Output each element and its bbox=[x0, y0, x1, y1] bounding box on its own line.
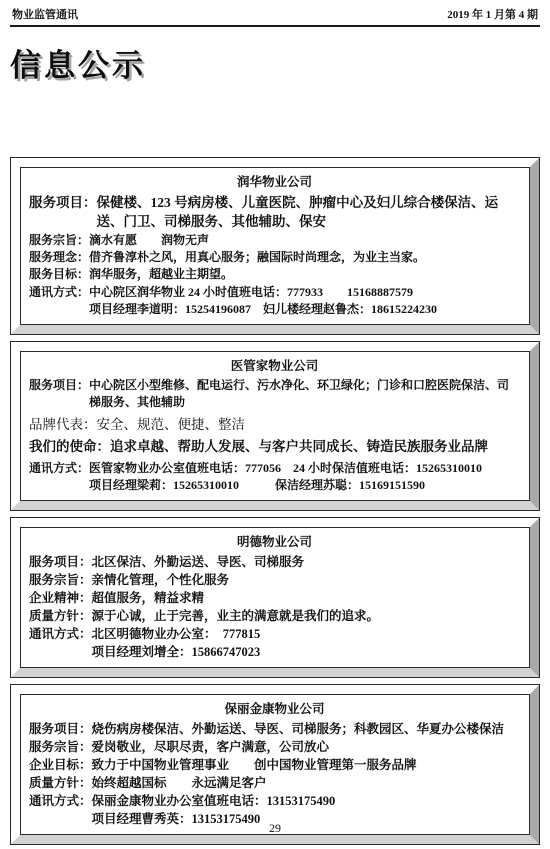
info-line: 通讯方式： 医管家物业办公室值班电话：777056 24 小时保洁值班电话：15… bbox=[29, 460, 520, 477]
company-card-mingde: 明德物业公司 服务项目： 北区保洁、外勤运送、导医、司梯服务 服务宗旨： 亲情化… bbox=[10, 517, 540, 678]
panel-bevel: 明德物业公司 服务项目： 北区保洁、外勤运送、导医、司梯服务 服务宗旨： 亲情化… bbox=[11, 518, 539, 677]
info-line: 服务宗旨： 滴水有愿 润物无声 bbox=[29, 232, 520, 249]
line-text: 保丽金康物业办公室值班电话：13153175490 bbox=[92, 792, 520, 810]
info-line: 通讯方式： 中心院区润华物业 24 小时值班电话：777933 15168887… bbox=[29, 284, 520, 301]
line-text: 项目经理李道明：15254196087 妇儿楼经理赵鲁杰：18615224230 bbox=[89, 301, 520, 318]
panel-content: 医管家物业公司 服务项目： 中心院区小型维修、配电运行、污水净化、环卫绿化；门诊… bbox=[20, 351, 530, 501]
line-text: 保健楼、123 号病房楼、儿童医院、肿瘤中心及妇儿综合楼保洁、运送、门卫、司梯服… bbox=[97, 193, 521, 232]
line-label: 服务宗旨： bbox=[29, 571, 92, 589]
company-card-runhua: 润华物业公司 服务项目： 保健楼、123 号病房楼、儿童医院、肿瘤中心及妇儿综合… bbox=[10, 157, 540, 335]
company-name: 保丽金康物业公司 bbox=[29, 699, 520, 717]
info-line: 服务宗旨： 爱岗敬业，尽职尽责，客户满意，公司放心 bbox=[29, 738, 520, 756]
line-label: 服务宗旨： bbox=[29, 738, 92, 756]
info-line: 服务项目： 烧伤病房楼保洁、外勤运送、导医、司梯服务；科教园区、华夏办公楼保洁 bbox=[29, 720, 520, 738]
line-label: 品牌代表： bbox=[29, 415, 97, 434]
info-line: 质量方针： 始终超越国标 永远满足客户 bbox=[29, 774, 520, 792]
panel-bevel: 医管家物业公司 服务项目： 中心院区小型维修、配电运行、污水净化、环卫绿化；门诊… bbox=[11, 342, 539, 510]
line-text: 亲情化管理，个性化服务 bbox=[92, 571, 520, 589]
panel-content: 明德物业公司 服务项目： 北区保洁、外勤运送、导医、司梯服务 服务宗旨： 亲情化… bbox=[20, 527, 530, 668]
line-label: 服务理念： bbox=[29, 249, 89, 266]
line-text: 医管家物业办公室值班电话：777056 24 小时保洁值班电话：15265310… bbox=[89, 460, 520, 477]
info-line: 通讯方式： 北区明德物业办公室： 777815 bbox=[29, 625, 520, 643]
info-line-continuation: 项目经理李道明：15254196087 妇儿楼经理赵鲁杰：18615224230 bbox=[29, 301, 520, 318]
info-line: 品牌代表： 安全、规范、便捷、整洁 bbox=[29, 415, 520, 434]
line-text: 烧伤病房楼保洁、外勤运送、导医、司梯服务；科教园区、华夏办公楼保洁 bbox=[92, 720, 520, 738]
info-line: 服务项目： 北区保洁、外勤运送、导医、司梯服务 bbox=[29, 553, 520, 571]
running-header: 物业监管通讯 2019 年 1 月第 4 期 bbox=[0, 0, 550, 22]
panel-content: 润华物业公司 服务项目： 保健楼、123 号病房楼、儿童医院、肿瘤中心及妇儿综合… bbox=[20, 167, 530, 325]
line-text: 源于心诚，止于完善，业主的满意就是我们的追求。 bbox=[92, 607, 520, 625]
info-line: 服务项目： 保健楼、123 号病房楼、儿童医院、肿瘤中心及妇儿综合楼保洁、运送、… bbox=[29, 193, 520, 232]
header-issue-date: 2019 年 1 月第 4 期 bbox=[447, 6, 538, 22]
line-label: 服务项目： bbox=[29, 720, 92, 738]
line-text: 中心院区润华物业 24 小时值班电话：777933 15168887579 bbox=[89, 284, 520, 301]
line-label: 服务宗旨： bbox=[29, 232, 89, 249]
info-line-continuation: 项目经理刘增全：15866747023 bbox=[29, 643, 520, 661]
line-text: 项目经理梁莉：15265310010 保洁经理苏聪：15169151590 bbox=[89, 477, 520, 494]
line-label: 服务项目： bbox=[29, 553, 92, 571]
line-label: 质量方针： bbox=[29, 774, 92, 792]
header-divider bbox=[10, 25, 540, 27]
info-line: 服务理念： 借齐鲁淳朴之风，用真心服务；融国际时尚理念，为业主当家。 bbox=[29, 249, 520, 266]
panel-bevel: 润华物业公司 服务项目： 保健楼、123 号病房楼、儿童医院、肿瘤中心及妇儿综合… bbox=[11, 158, 539, 334]
line-label: 我们的使命： bbox=[29, 437, 110, 456]
line-text: 始终超越国标 永远满足客户 bbox=[92, 774, 520, 792]
line-text: 借齐鲁淳朴之风，用真心服务；融国际时尚理念，为业主当家。 bbox=[89, 249, 520, 266]
line-label: 通讯方式： bbox=[29, 625, 92, 643]
line-text: 北区保洁、外勤运送、导医、司梯服务 bbox=[92, 553, 520, 571]
line-label: 通讯方式： bbox=[29, 284, 89, 301]
company-panels: 润华物业公司 服务项目： 保健楼、123 号病房楼、儿童医院、肿瘤中心及妇儿综合… bbox=[10, 157, 540, 845]
line-text: 致力于中国物业管理事业 创中国物业管理第一服务品牌 bbox=[92, 756, 520, 774]
line-text: 超值服务，精益求精 bbox=[92, 589, 520, 607]
info-line: 服务项目： 中心院区小型维修、配电运行、污水净化、环卫绿化；门诊和口腔医院保洁、… bbox=[29, 377, 520, 412]
info-line: 通讯方式： 保丽金康物业办公室值班电话：13153175490 bbox=[29, 792, 520, 810]
line-text: 追求卓越、帮助人发展、与客户共同成长、铸造民族服务业品牌 bbox=[110, 437, 520, 456]
line-label: 服务项目： bbox=[29, 377, 89, 412]
line-text: 滴水有愿 润物无声 bbox=[89, 232, 520, 249]
company-name: 润华物业公司 bbox=[29, 172, 520, 190]
line-text: 润华服务，超越业主期望。 bbox=[89, 266, 520, 283]
line-text: 爱岗敬业，尽职尽责，客户满意，公司放心 bbox=[92, 738, 520, 756]
info-line: 企业精神： 超值服务，精益求精 bbox=[29, 589, 520, 607]
page-number: 29 bbox=[0, 821, 550, 836]
page-title: 信息公示 bbox=[10, 40, 550, 85]
line-label: 企业精神： bbox=[29, 589, 92, 607]
line-text: 北区明德物业办公室： 777815 bbox=[92, 625, 520, 643]
info-line: 我们的使命： 追求卓越、帮助人发展、与客户共同成长、铸造民族服务业品牌 bbox=[29, 437, 520, 456]
line-text: 安全、规范、便捷、整洁 bbox=[97, 415, 521, 434]
info-line-continuation: 项目经理梁莉：15265310010 保洁经理苏聪：15169151590 bbox=[29, 477, 520, 494]
line-text: 项目经理刘增全：15866747023 bbox=[92, 643, 521, 661]
info-line: 服务目标： 润华服务，超越业主期望。 bbox=[29, 266, 520, 283]
info-line: 服务宗旨： 亲情化管理，个性化服务 bbox=[29, 571, 520, 589]
info-line: 企业目标： 致力于中国物业管理事业 创中国物业管理第一服务品牌 bbox=[29, 756, 520, 774]
line-label: 质量方针： bbox=[29, 607, 92, 625]
company-name: 明德物业公司 bbox=[29, 532, 520, 550]
header-publication-title: 物业监管通讯 bbox=[12, 6, 78, 22]
company-name: 医管家物业公司 bbox=[29, 356, 520, 374]
line-label: 通讯方式： bbox=[29, 792, 92, 810]
line-label: 通讯方式： bbox=[29, 460, 89, 477]
panel-content: 保丽金康物业公司 服务项目： 烧伤病房楼保洁、外勤运送、导医、司梯服务；科教园区… bbox=[20, 694, 530, 835]
document-page: 物业监管通讯 2019 年 1 月第 4 期 信息公示 润华物业公司 服务项目：… bbox=[0, 0, 550, 849]
line-label: 服务目标： bbox=[29, 266, 89, 283]
info-line: 质量方针： 源于心诚，止于完善，业主的满意就是我们的追求。 bbox=[29, 607, 520, 625]
company-card-yiguanjia: 医管家物业公司 服务项目： 中心院区小型维修、配电运行、污水净化、环卫绿化；门诊… bbox=[10, 341, 540, 511]
line-label: 服务项目： bbox=[29, 193, 97, 232]
line-text: 中心院区小型维修、配电运行、污水净化、环卫绿化；门诊和口腔医院保洁、司梯服务、其… bbox=[89, 377, 520, 412]
line-label: 企业目标： bbox=[29, 756, 92, 774]
